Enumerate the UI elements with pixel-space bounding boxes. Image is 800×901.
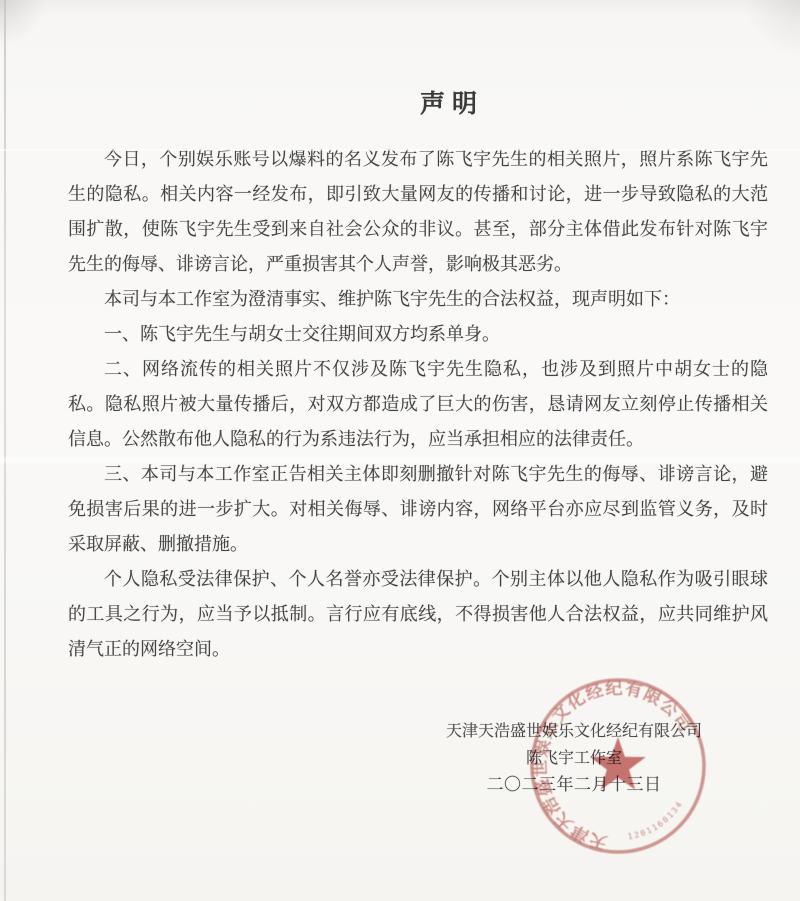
company-seal: 天津天浩盛世娱乐文化经纪有限公司 1201160134: [518, 666, 718, 866]
document-title: 声明: [68, 0, 768, 120]
paragraph-item-3: 三、本司与本工作室正告相关主体即刻删撤针对陈飞宇先生的侮辱、诽谤言论，避免损害后…: [68, 457, 768, 562]
paragraph-closing: 个人隐私受法律保护、个人名誉亦受法律保护。个别主体以他人隐私作为吸引眼球的工具之…: [68, 562, 768, 667]
paragraph-declaration-lead: 本司与本工作室为澄清事实、维护陈飞宇先生的合法权益，现声明如下：: [68, 282, 768, 317]
document-title-text: 声明: [420, 91, 484, 118]
document-body: 今日，个别娱乐账号以爆料的名义发布了陈飞宇先生的相关照片，照片系陈飞宇先生的隐私…: [68, 142, 768, 667]
scan-crease-middle: [0, 455, 800, 465]
scan-edge-line: [4, 0, 6, 901]
paragraph-item-2: 二、网络流传的相关照片不仅涉及陈飞宇先生隐私，也涉及到照片中胡女士的隐私。隐私照…: [68, 352, 768, 457]
seal-star-icon: [590, 737, 645, 790]
document-page: 声明 今日，个别娱乐账号以爆料的名义发布了陈飞宇先生的相关照片，照片系陈飞宇先生…: [0, 0, 800, 901]
paragraph-item-1: 一、陈飞宇先生与胡女士交往期间双方均系单身。: [68, 317, 768, 352]
scan-crease-top: [0, 149, 800, 151]
paragraph-intro: 今日，个别娱乐账号以爆料的名义发布了陈飞宇先生的相关照片，照片系陈飞宇先生的隐私…: [68, 142, 768, 282]
seal-number: 1201160134: [627, 799, 685, 841]
